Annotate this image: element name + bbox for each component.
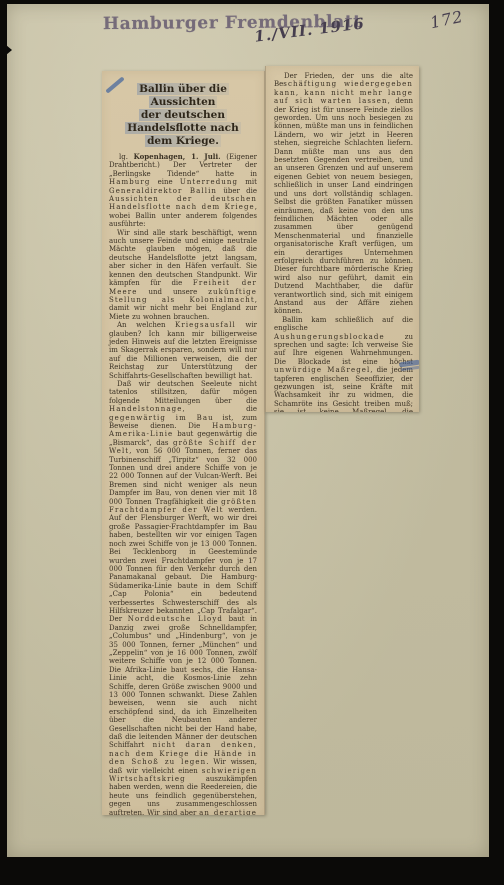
article-paragraph: lg. Kopenhagen, 1. Juli. (Eigener Drahtb… [109,153,257,229]
newspaper-clipping-right: Der Frieden, der uns die alte Beschäftig… [265,66,419,412]
article-paragraph: Daß wir deutschen Seeleute nicht tatenlo… [109,380,257,815]
scan-background: Hamburger Fremdenblatt 1./VII. 1916 172 … [0,0,504,885]
headline-line-3: dem Kriege. [145,135,221,147]
article-paragraph: An welchen Kriegsausfall wir glauben? Ic… [109,321,257,380]
paper-sheet: Hamburger Fremdenblatt 1./VII. 1916 172 … [7,4,489,857]
newspaper-clipping-left: Ballin über die Aussichten der deutschen… [102,71,265,815]
article-headline: Ballin über die Aussichten der deutschen… [109,83,257,148]
paper-edge-notch [6,45,12,55]
article-paragraph: Ballin kam schließlich auf die englische… [274,316,413,412]
headline-line-1: Ballin über die Aussichten [137,83,229,108]
article-paragraph: Wir sind alle stark beschäftigt, wenn au… [109,229,257,321]
article-paragraph: Der Frieden, der uns die alte Beschäftig… [274,72,413,316]
article-column-right: Der Frieden, der uns die alte Beschäftig… [274,72,413,412]
headline-line-2: der deutschen Handelsflotte nach [125,109,240,134]
article-column-left: lg. Kopenhagen, 1. Juli. (Eigener Drahtb… [109,153,257,815]
page-number-annotation: 172 [428,7,465,33]
